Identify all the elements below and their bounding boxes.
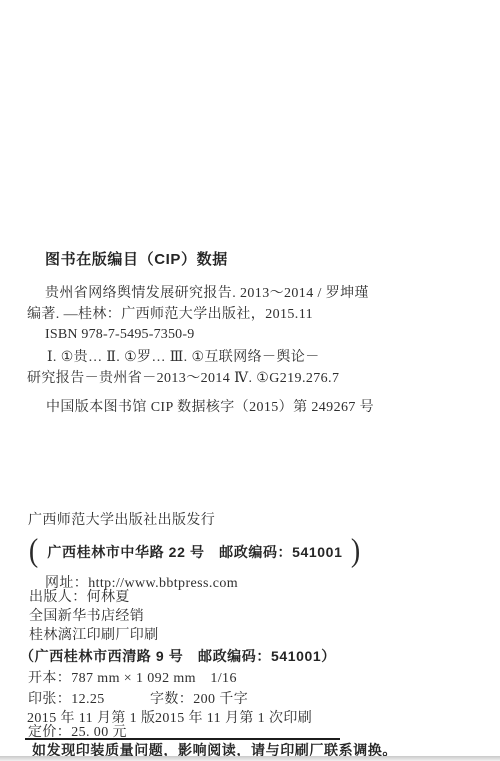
big-paren-close: ) <box>351 535 361 568</box>
cip-header: 图书在版编目（CIP）数据 <box>45 251 228 268</box>
notice-divider-rule <box>25 738 340 740</box>
wordcount-label: 字数：200 千字 <box>150 692 248 708</box>
sheets-label: 印张：12.25 <box>28 692 105 707</box>
big-paren-open: ( <box>29 535 39 568</box>
printer-address-line: （广西桂林市西清路 9 号 邮政编码：541001） <box>20 648 336 664</box>
cip-title-line: 贵州省网络舆情发展研究报告. 2013～2014 / 罗坤瑾 <box>45 286 369 302</box>
cip-registry-line: 中国版本图书馆 CIP 数据核字（2015）第 249267 号 <box>46 400 374 416</box>
edition-label: 2015 年 11 月第 1 版 <box>27 711 155 726</box>
sheets-wordcount-line: 印张：12.25 字数：200 千字 <box>28 692 105 708</box>
cip-imprint-line: 编著. —桂林：广西师范大学出版社，2015.11 <box>27 307 313 323</box>
cip-classification-line-2: 研究报告－贵州省－2013～2014 Ⅳ. ①G219.276.7 <box>27 371 339 387</box>
page-edge-shadow <box>0 756 500 761</box>
publisher-person-line: 出版人：何林夏 <box>29 590 130 606</box>
publisher-line: 广西师范大学出版社出版发行 <box>28 513 215 529</box>
publisher-address-line: ( 广西桂林市中华路 22 号 邮政编码：541001 ) <box>28 536 362 568</box>
cip-classification-line-1: Ⅰ. ①贵… Ⅱ. ①罗… Ⅲ. ①互联网络－舆论－ <box>47 350 320 366</box>
copyright-page: 图书在版编目（CIP）数据 贵州省网络舆情发展研究报告. 2013～2014 /… <box>0 0 500 761</box>
printer-line: 桂林漓江印刷厂印刷 <box>29 628 159 644</box>
publisher-address-text: 广西桂林市中华路 22 号 邮政编码：541001 <box>47 544 342 560</box>
format-line: 开本：787 mm × 1 092 mm 1/16 <box>28 671 237 687</box>
printing-label: 2015 年 11 月第 1 次印刷 <box>155 711 312 727</box>
distribution-line: 全国新华书店经销 <box>29 609 144 625</box>
cip-isbn-line: ISBN 978-7-5495-7350-9 <box>45 327 194 343</box>
